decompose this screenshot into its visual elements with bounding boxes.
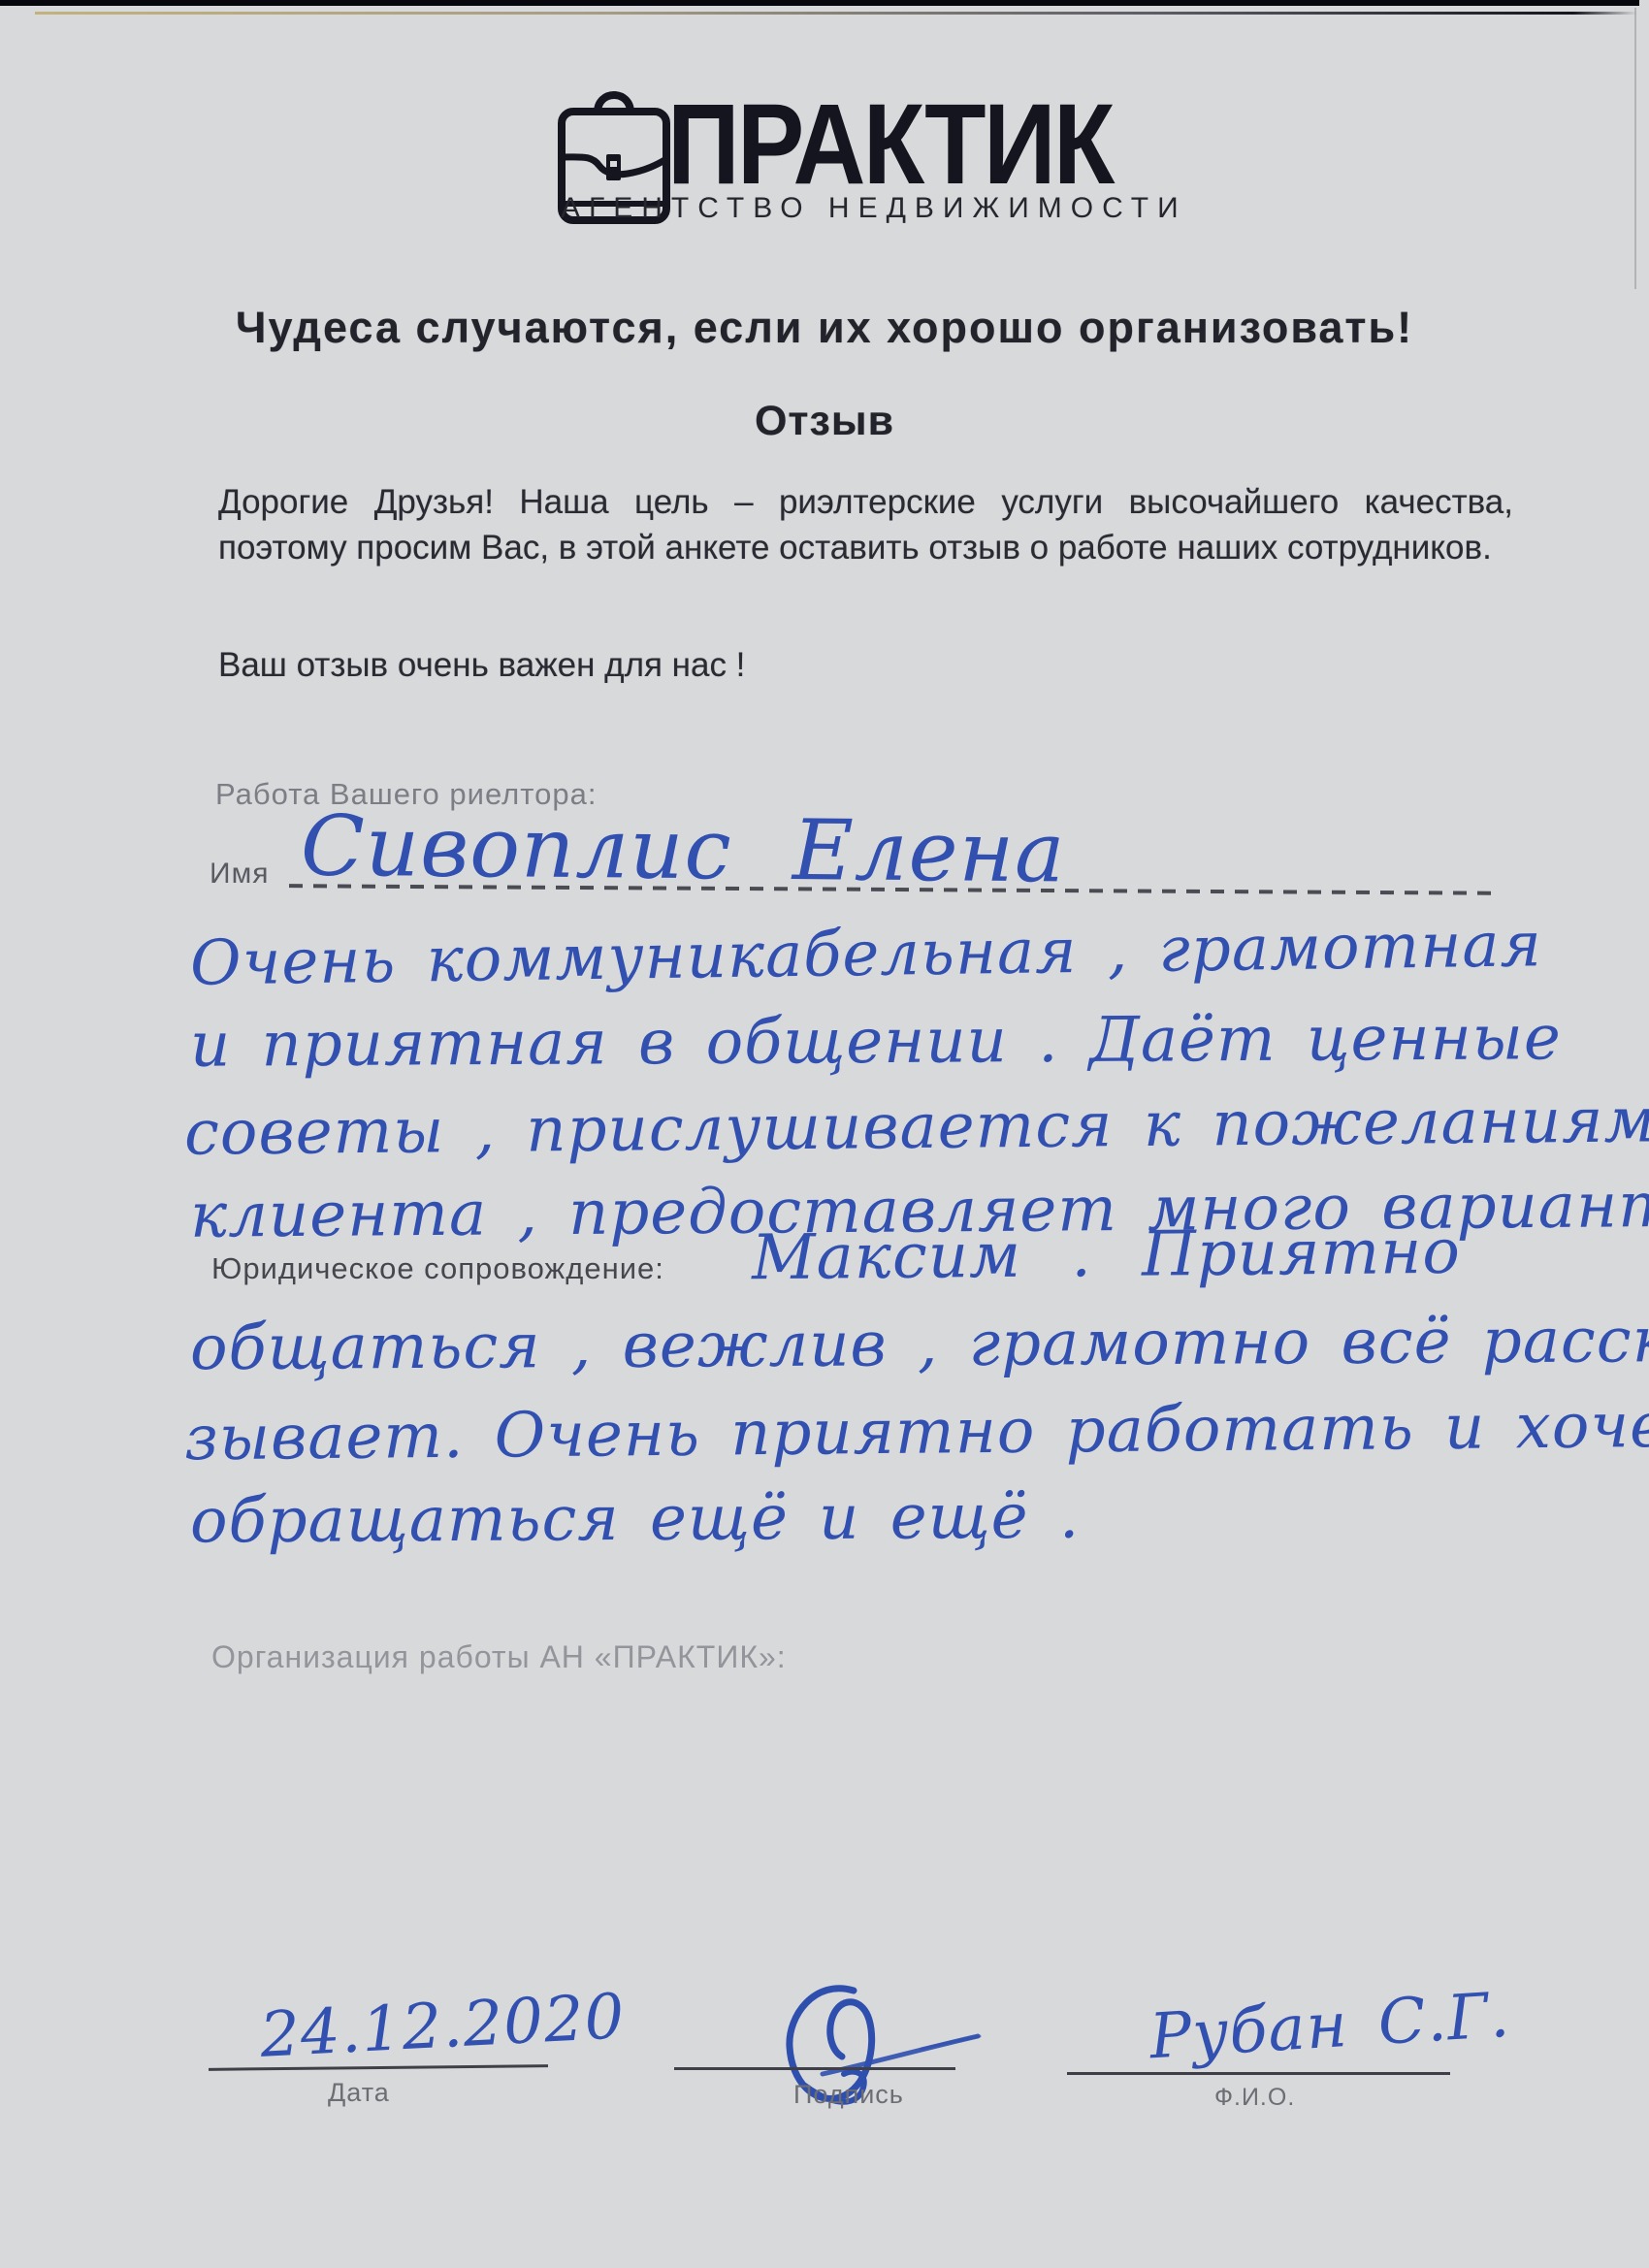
scan-top-line <box>35 12 1637 15</box>
realtor-review-line: советы , прислушивается к пожеланиям <box>184 1089 1649 1164</box>
scan-top-bar <box>0 0 1639 6</box>
legal-review-line: Максим . Приятно <box>752 1221 1461 1289</box>
intro-note: Ваш отзыв очень важен для нас ! <box>218 646 745 685</box>
page-title: Отзыв <box>0 398 1649 445</box>
signature-label: Подпись <box>793 2080 904 2110</box>
signature-line <box>674 2067 955 2070</box>
intro-paragraph: Дорогие Друзья! Наша цель – риэлтерские … <box>218 479 1513 570</box>
legal-review-line: зывает. Очень приятно работать и хочется <box>184 1394 1649 1471</box>
organization-section-label: Организация работы АН «ПРАКТИК»: <box>211 1639 787 1675</box>
legal-section-label: Юридическое сопровождение: <box>211 1251 664 1286</box>
brand-name: ПРАКТИК <box>667 87 1113 202</box>
date-line <box>209 2064 548 2071</box>
fio-line <box>1067 2072 1450 2075</box>
date-handwritten-value: 24.12.2020 <box>258 1981 627 2072</box>
brand-subtitle: АГЕНТСТВО НЕДВИЖИМОСТИ <box>561 192 1187 225</box>
slogan: Чудеса случаются, если их хорошо организ… <box>0 303 1649 353</box>
fio-label: Ф.И.О. <box>1214 2084 1295 2112</box>
realtor-review-line: Очень коммуникабельная , грамотная <box>190 914 1543 994</box>
legal-review-line: обращаться ещё и ещё . <box>190 1486 1081 1553</box>
fio-handwritten-value: Рубан С.Г. <box>1148 1980 1512 2074</box>
name-field-label: Имя <box>210 858 269 891</box>
scanned-review-form: ПРАКТИК АГЕНТСТВО НЕДВИЖИМОСТИ Чудеса сл… <box>0 0 1649 2268</box>
legal-review-line: общаться , вежлив , грамотно всё расска- <box>190 1310 1649 1379</box>
scan-right-edge <box>1634 8 1636 289</box>
realtor-review-line: и приятная в общении . Даёт ценные <box>190 1007 1562 1076</box>
date-label: Дата <box>328 2078 390 2108</box>
